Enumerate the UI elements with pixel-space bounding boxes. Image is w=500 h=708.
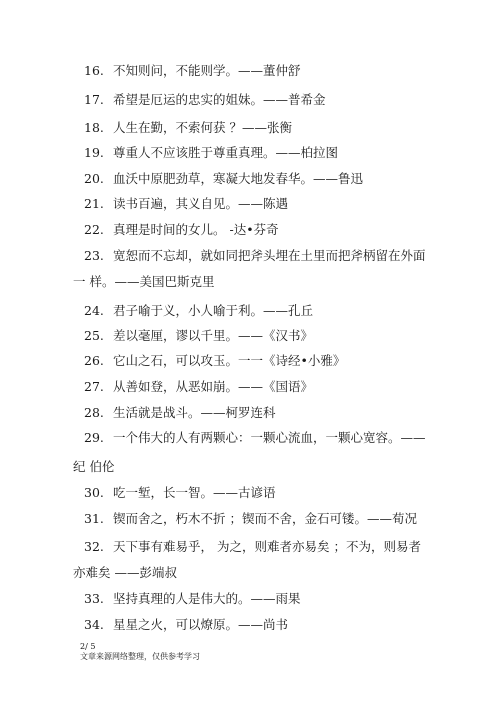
footer-note: 文章来源网络整理，仅供参考学习 [80, 652, 200, 662]
page-number: 2/ 5 [80, 642, 95, 652]
